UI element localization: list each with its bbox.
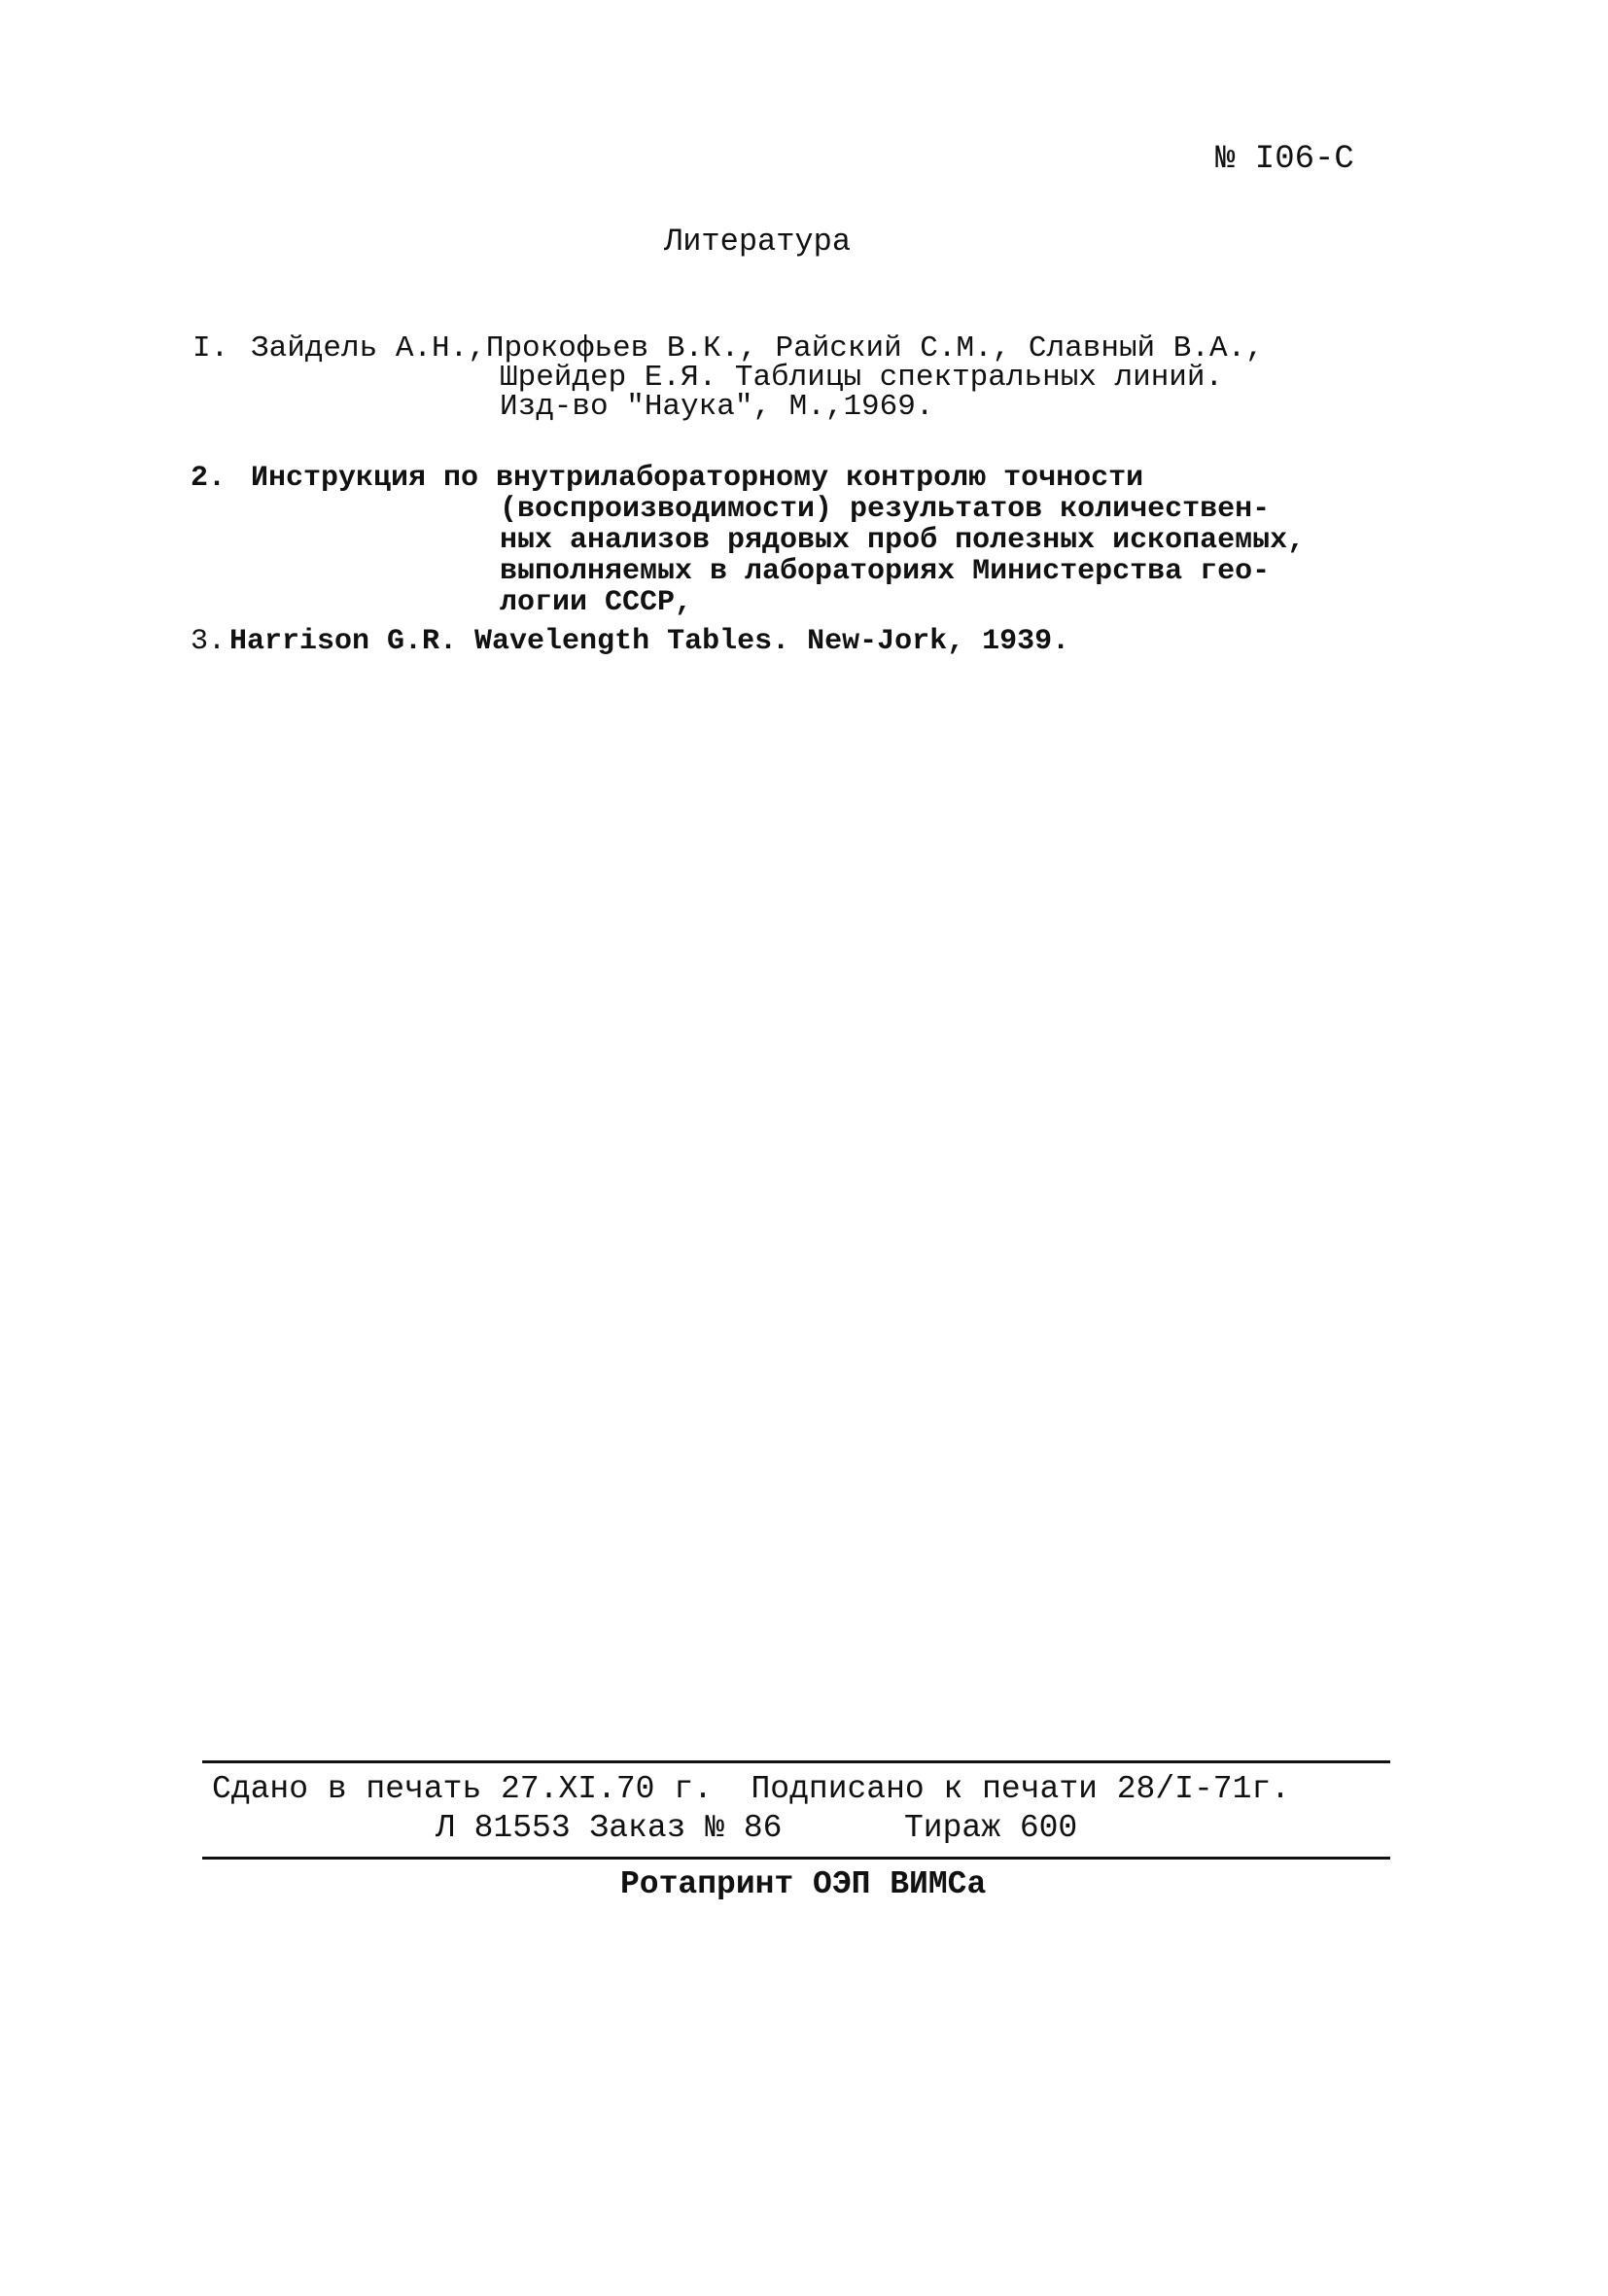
reference-number: I.: [192, 332, 228, 365]
document-number: № I06-С: [1215, 141, 1354, 178]
imprint-line-1: Сдано в печать 27.XI.70 г. Подписано к п…: [212, 1771, 1290, 1807]
printer-name: Ротапринт ОЭП ВИМСа: [620, 1866, 986, 1902]
reference-line: логии СССР,: [500, 587, 692, 619]
reference-line: Harrison G.R. Wavelength Tables. New-Jor…: [229, 626, 1069, 658]
reference-line: Изд-во "Наука", М.,1969.: [500, 391, 933, 423]
page-title: Литература: [664, 224, 851, 260]
reference-line: (воспроизводимости) результатов количест…: [500, 494, 1270, 526]
reference-line: выполняемых в лабораториях Министерства …: [500, 556, 1270, 588]
reference-line: Инструкция по внутрилабораторному контро…: [251, 463, 1143, 495]
reference-line: ных анализов рядовых проб полезных ископ…: [500, 525, 1305, 557]
divider-top: [202, 1760, 1390, 1763]
imprint-order: Л 81553 Заказ № 86: [436, 1810, 782, 1846]
imprint-print-run: Тираж 600: [904, 1810, 1077, 1846]
reference-number: 2.: [191, 463, 226, 495]
divider-bottom: [202, 1857, 1390, 1860]
reference-number: 3.: [191, 626, 226, 658]
